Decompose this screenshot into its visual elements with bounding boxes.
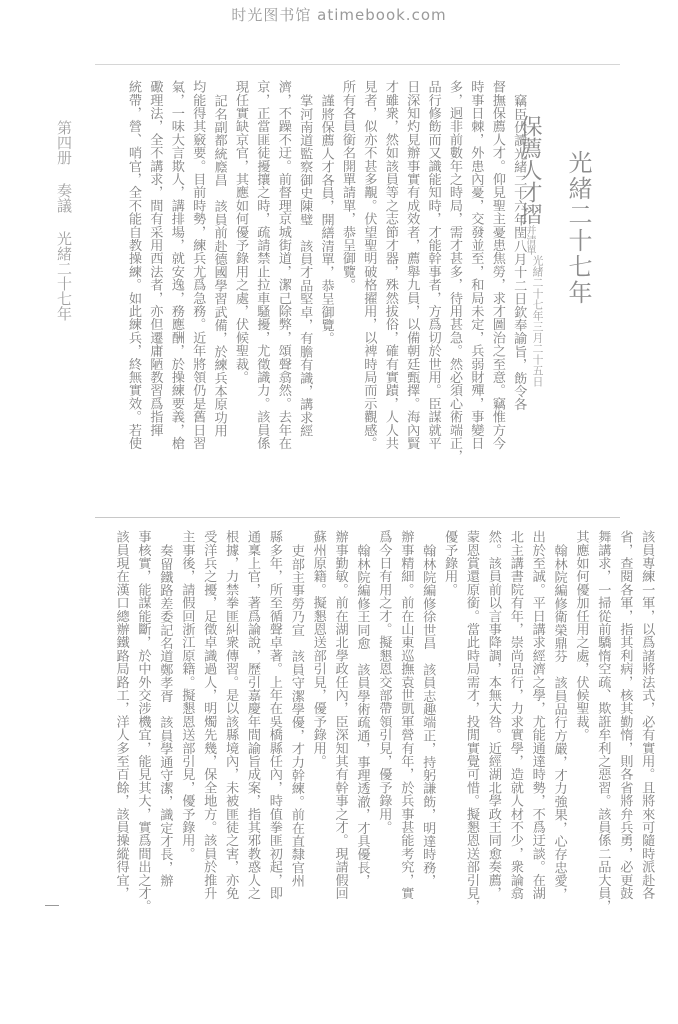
text-column: 奏留鐵路差委記名道鄭孝胥 該員學通守潔，識定才長，辦 <box>158 544 171 887</box>
text-column: 濟，不躁不迂。前督理京城街道，潔己除弊，頌聲翕然。去年在 <box>277 80 290 450</box>
text-column: 所有各員銜名開單請單，恭呈御覽。 <box>341 80 354 291</box>
text-column: 受洋兵之擾，足徵卓識過人，明燭先幾，保全地方。該員於推升 <box>202 530 215 900</box>
text-column: 品行修飭而又識能知時，才能幹事者，方爲切於世用。臣謀就平 <box>426 80 439 450</box>
text-column: 辦事精細。前在山東巡撫袁世凱軍營有年，於兵事甚能考究，實 <box>399 530 412 900</box>
text-column: 出於至誠。平日講求經濟之學，尤能通達時勢，不爲迂談。在湖 <box>531 530 544 900</box>
runner-volume: 第四册 <box>55 120 73 165</box>
text-column: 竊臣伏讀光緒二十六年閏八月十二日欽奉諭旨，飭令各 <box>512 94 525 411</box>
text-column: 氣，一味大言欺人，講排場，就安逸，務應酬，於操練要義，槍 <box>170 80 183 450</box>
text-column: 京，正當匪徒擾攘之時，疏請禁止拉車騷擾，尤徵識力。該員係 <box>255 80 268 450</box>
text-column: 現任實缺京官，其應如何優予錄用之處，伏候聖裁。 <box>234 80 247 384</box>
text-column: 統帶，營、哨官，全不能自教操練。如此練兵，終無實效。若使 <box>127 80 140 450</box>
text-column: 多，迥非前數年之時局，需才甚多，待用甚急。然必須心術端正， <box>448 80 461 463</box>
text-column: 其應如何優加任用之處，伏候聖裁。 <box>574 530 587 741</box>
text-column: 通稟上官，著爲論說，歷引嘉慶年間諭旨成案，指其邪教惑人之 <box>246 530 259 900</box>
top-rule <box>95 64 620 65</box>
text-column: 縣多年，所至循聲卓著。上年在吳橋縣任內，時值拳匪初起，即 <box>268 530 281 900</box>
text-column: 爲今日有用之才。擬懇恩交部帶領引見，優予錄用。 <box>377 530 390 834</box>
text-column: 翰林院編修王同愈 該員學術疏通，事理透澈，才具優長， <box>355 544 368 887</box>
text-column: 該員專練一軍，以爲諸將法式，必有實用。且將來可隨時派赴各 <box>640 530 653 900</box>
text-column: 均能得其竅要。目前時勢，練兵尤爲急務。近年將領仍是舊日習 <box>191 80 204 450</box>
text-column: 蒙恩賞還原銜。當此時局需才，投閒實覺可惜。擬懇恩送部引見， <box>465 530 478 913</box>
text-column: 省，查閱各軍，指其利病，核其勤惰，則各省將弁兵勇，必更鼓 <box>618 530 631 900</box>
running-header: 第四册奏議光緒二十七年 <box>54 120 75 321</box>
text-column: 翰林院編修衛榮鼎芬 該員品行方嚴，才力強果，心存忠愛， <box>552 544 565 900</box>
text-column: 該員現在漢口總辦鐵路局路工，洋人多至百餘，該員操縱得宜， <box>114 530 127 900</box>
text-column: 謹將保薦人才各員，開繕清單，恭呈御覽。 <box>319 94 332 345</box>
text-column: 蘇州原籍。擬懇恩送部引見，優予錄用。 <box>312 530 325 768</box>
text-column: 日深知灼見辦事實有成效者，薦舉九員，以備朝廷甄擇。海內賢 <box>405 80 418 450</box>
text-column: 督撫保薦人才。仰見聖主憂患焦勞，求才圖治之至意。竊惟方今 <box>491 80 504 450</box>
text-column: 掌河南道監察御史陳璧 該員才品堅卓，有膽有識，講求經 <box>298 94 311 437</box>
text-column: 翰林院編修徐世昌 該員志趣端正，持躬謙飭，明達時務， <box>421 544 434 887</box>
text-column: 礮理法，全不講求，間有采用西法者，亦但遷庸陋教習爲指揮 <box>148 80 161 436</box>
text-column: 根據，力禁拳匪糾衆傳習。是以該縣境內，未被匪徒之害，亦免 <box>224 530 237 900</box>
text-column: 辦事勤敏。前在湖北學政任內，臣深知其有幹事之才。現請假回 <box>333 530 346 900</box>
text-column: 吏部主事勞乃宣 該員守潔學優，才力幹練。前在直隸官州 <box>290 544 303 887</box>
text-column: 事核實，能謀能斷，於中外交涉機宜，能見其大，實爲間出之才。 <box>136 530 149 913</box>
text-column: 然。該員前以言事降調，本無大咎。近經湖北學政王同愈奏薦， <box>487 530 500 900</box>
memorial-date: 光緒二十七年三月二十五日 <box>532 255 543 387</box>
text-column: 優予錄用。 <box>443 530 456 596</box>
watermark: 时光图书馆 atimebook.com <box>0 4 678 25</box>
text-column: 見者，似亦不甚多覯。伏望聖明破格擢用，以裨時局而示觀感。 <box>362 80 375 450</box>
runner-era: 光緒二十七年 <box>55 231 73 321</box>
text-column: 記名副都統廕昌 該員前赴德國學習武備，於練兵本原功用 <box>212 94 225 437</box>
year-heading: 光緒二十七年 <box>566 150 590 306</box>
text-column: 主事後，請假回浙江原籍。擬懇恩送部引見，優予錄用。 <box>180 530 193 860</box>
runner-section: 奏議 <box>55 183 73 213</box>
text-column: 舞講求，一掃從前驕惰空疏、欺誑牟利之惡習。該員係二品大員， <box>596 530 609 913</box>
text-column: 北主講書院有年，崇尚品行，力求實學，造就人材不少，衆論翕 <box>509 530 522 900</box>
text-column: 才雖衆，然如該員等之志節才器，殊然拔俗，確有實蹟，人人共 <box>384 80 397 450</box>
middle-rule <box>95 517 620 518</box>
text-column: 時事日棘，外患內憂，交發並至，和局未定，兵弱財殫，事變日 <box>469 80 482 450</box>
page-number-mark <box>45 905 59 906</box>
